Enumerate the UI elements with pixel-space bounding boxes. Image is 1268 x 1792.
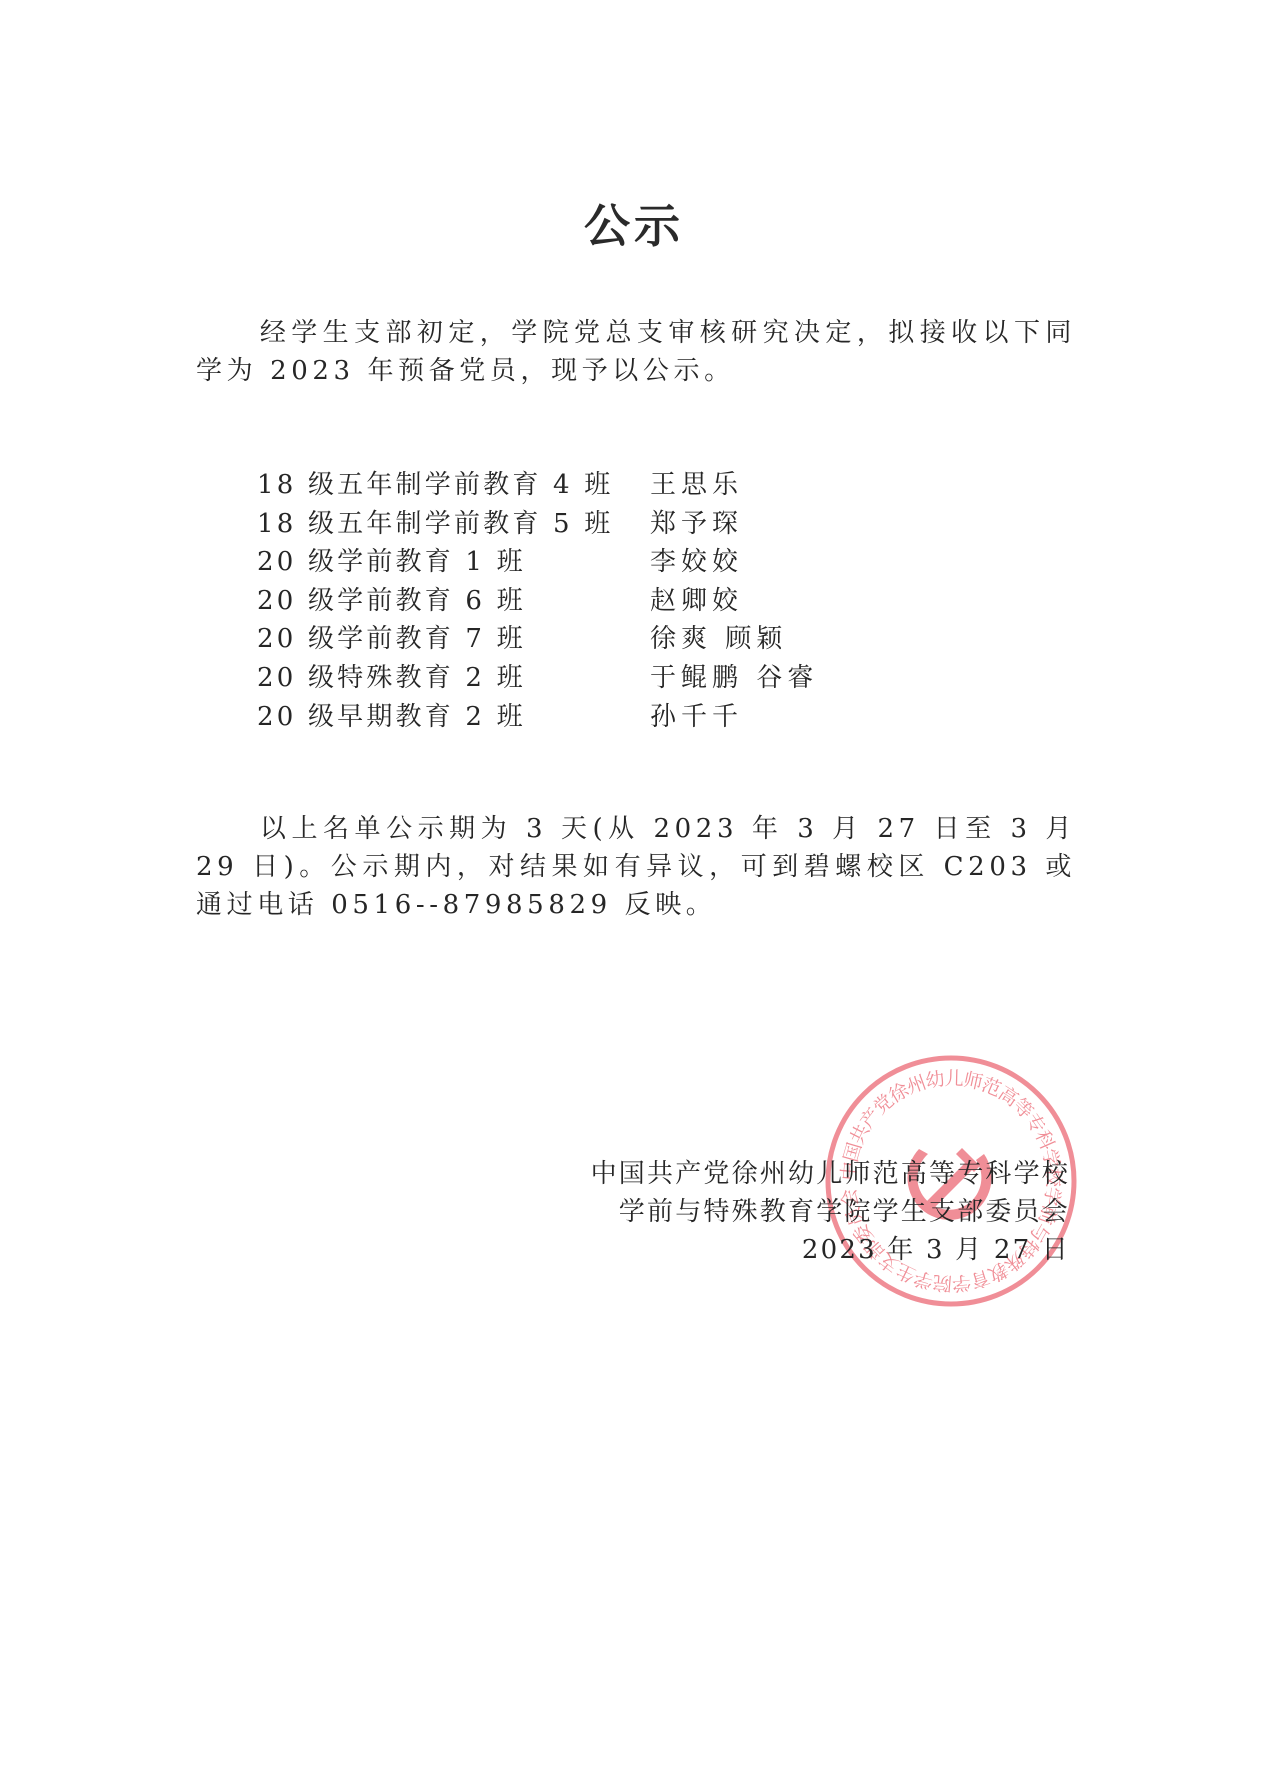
candidate-list: 18 级五年制学前教育 4 班王思乐 18 级五年制学前教育 5 班郑予琛 20… <box>257 466 818 736</box>
student-names: 赵卿姣 <box>650 582 743 621</box>
notice-paragraph: 以上名单公示期为 3 天(从 2023 年 3 月 27 日至 3 月 29 日… <box>196 810 1076 924</box>
signature-block: 中国共产党徐州幼儿师范高等专科学校 学前与特殊教育学院学生支部委员会 2023 … <box>591 1155 1070 1269</box>
class-name: 20 级学前教育 1 班 <box>257 543 650 582</box>
student-names: 郑予琛 <box>650 505 743 544</box>
class-name: 20 级早期教育 2 班 <box>257 698 650 737</box>
intro-paragraph: 经学生支部初定，学院党总支审核研究决定，拟接收以下同学为 2023 年预备党员，… <box>196 314 1076 390</box>
list-item: 20 级学前教育 6 班赵卿姣 <box>257 582 818 621</box>
notice-text: 以上名单公示期为 3 天(从 2023 年 3 月 27 日至 3 月 29 日… <box>196 814 1076 920</box>
class-name: 18 级五年制学前教育 4 班 <box>257 466 650 505</box>
student-names: 李姣姣 <box>650 543 743 582</box>
student-names: 王思乐 <box>650 466 743 505</box>
intro-text: 经学生支部初定，学院党总支审核研究决定，拟接收以下同学为 2023 年预备党员，… <box>196 318 1076 386</box>
list-item: 20 级学前教育 1 班李姣姣 <box>257 543 818 582</box>
student-names: 于鲲鹏 谷睿 <box>650 659 818 698</box>
student-names: 孙千千 <box>650 698 743 737</box>
signature-committee: 学前与特殊教育学院学生支部委员会 <box>591 1193 1070 1231</box>
class-name: 20 级特殊教育 2 班 <box>257 659 650 698</box>
signature-org: 中国共产党徐州幼儿师范高等专科学校 <box>591 1155 1070 1193</box>
class-name: 20 级学前教育 7 班 <box>257 620 650 659</box>
signature-date: 2023 年 3 月 27 日 <box>591 1231 1070 1269</box>
list-item: 18 级五年制学前教育 5 班郑予琛 <box>257 505 818 544</box>
list-item: 20 级早期教育 2 班孙千千 <box>257 698 818 737</box>
document-page: 公示 经学生支部初定，学院党总支审核研究决定，拟接收以下同学为 2023 年预备… <box>0 0 1268 1792</box>
student-names: 徐爽 顾颖 <box>650 620 787 659</box>
class-name: 20 级学前教育 6 班 <box>257 582 650 621</box>
list-item: 18 级五年制学前教育 4 班王思乐 <box>257 466 818 505</box>
page-title: 公示 <box>0 196 1268 256</box>
list-item: 20 级特殊教育 2 班于鲲鹏 谷睿 <box>257 659 818 698</box>
list-item: 20 级学前教育 7 班徐爽 顾颖 <box>257 620 818 659</box>
class-name: 18 级五年制学前教育 5 班 <box>257 505 650 544</box>
